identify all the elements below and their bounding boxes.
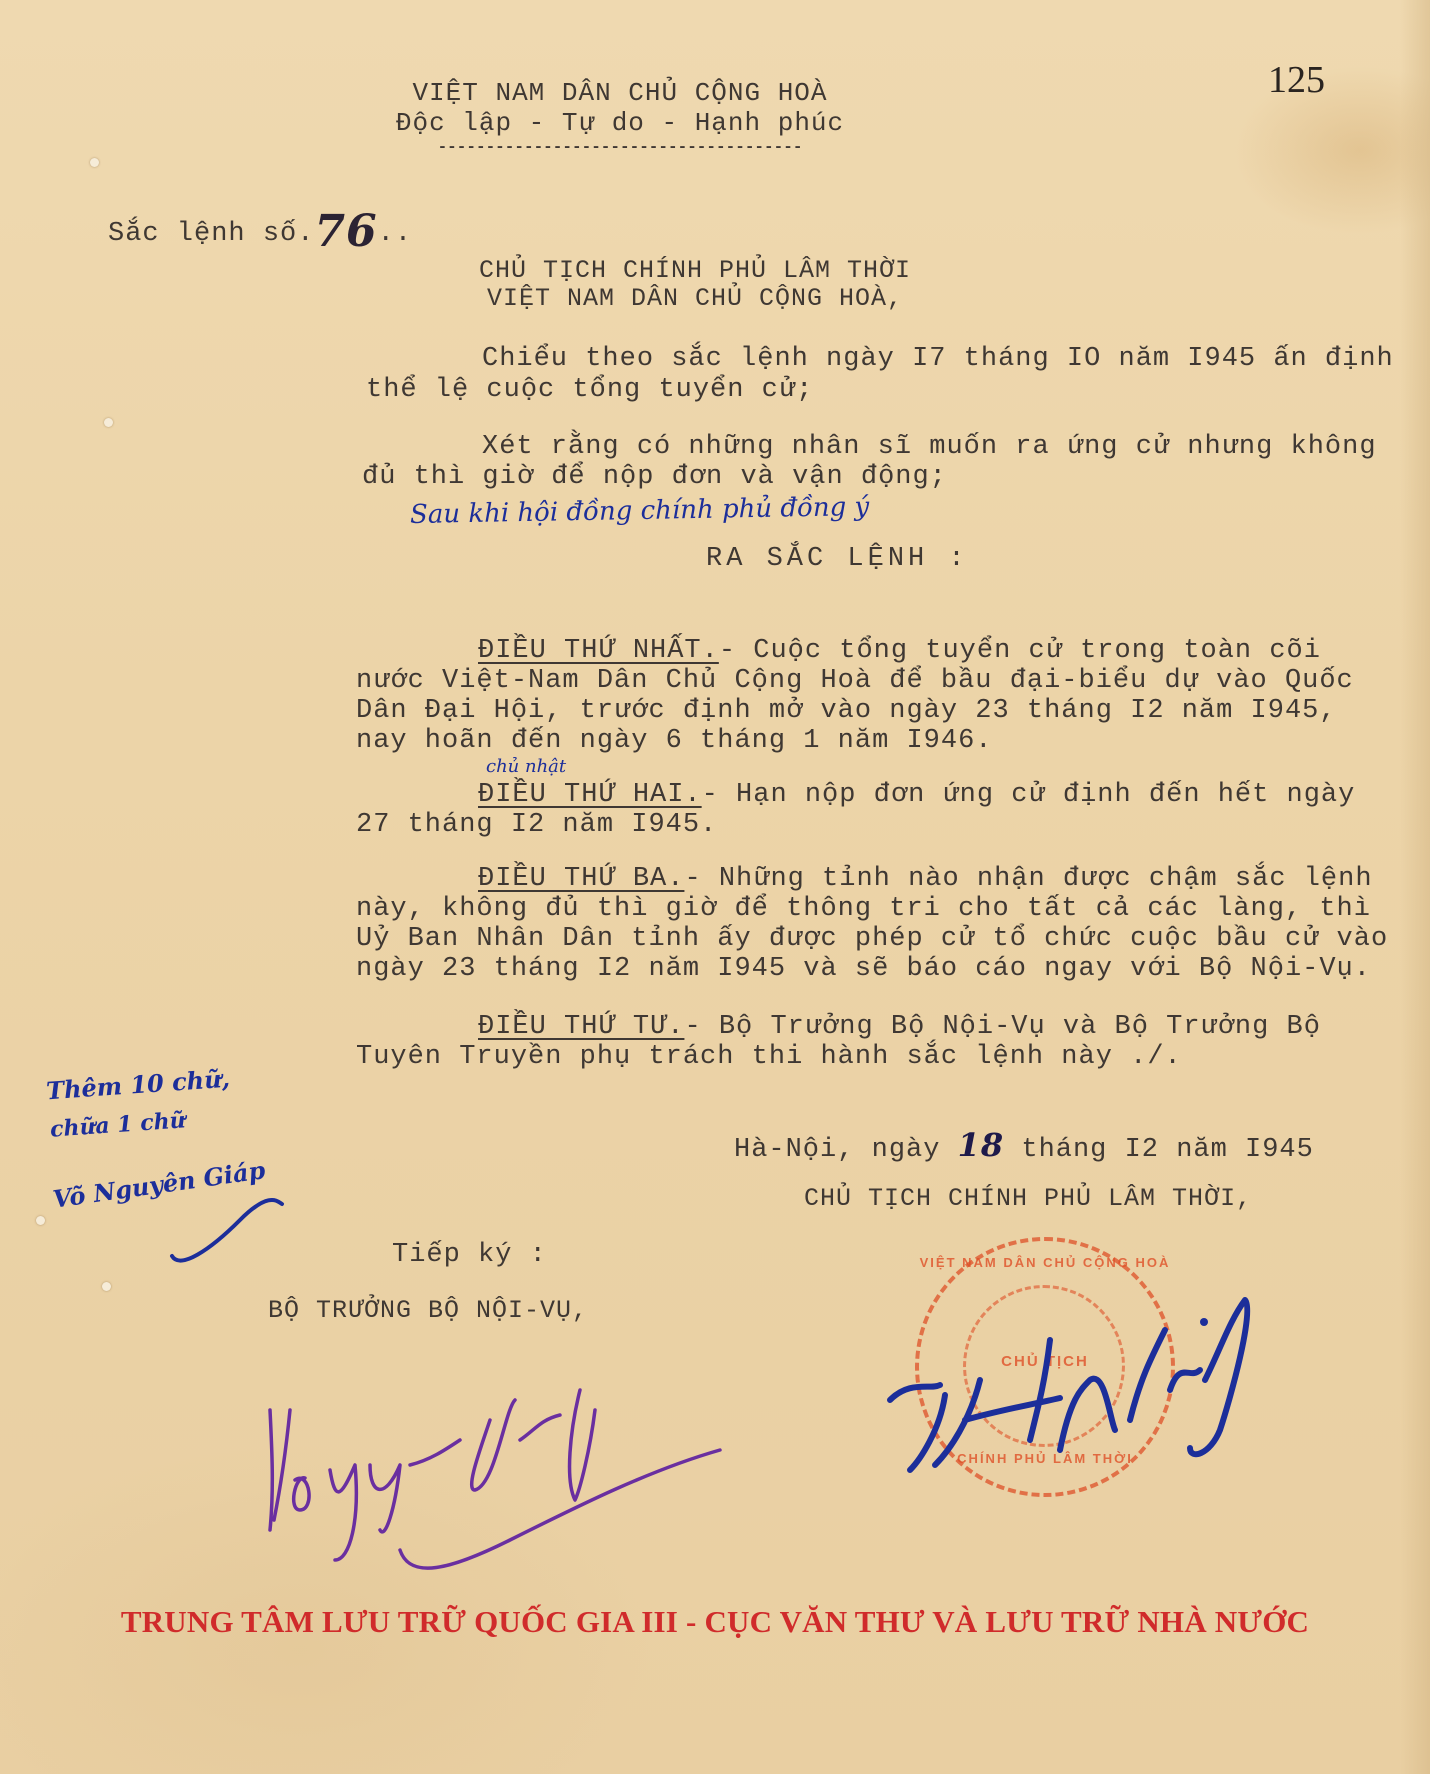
margin-note-line-1: Thêm 10 chữ, bbox=[45, 1064, 231, 1106]
margin-note-flourish bbox=[170, 1190, 290, 1270]
punch-hole bbox=[102, 1282, 111, 1291]
decree-number-handwritten: 76 bbox=[314, 206, 377, 257]
issuer-line-2: VIỆT NAM DÂN CHỦ CỘNG HOÀ, bbox=[0, 284, 1390, 313]
punch-hole bbox=[90, 158, 99, 167]
article-4-line-2: Tuyên Truyền phụ trách thi hành sắc lệnh… bbox=[356, 1042, 1182, 1072]
date-handwritten-day: 18 bbox=[958, 1126, 1005, 1164]
article-1-dash: - bbox=[719, 636, 736, 666]
signatory-title: CHỦ TỊCH CHÍNH PHỦ LÂM THỜI, bbox=[804, 1184, 1252, 1213]
seal-outer-text: VIỆT NAM DÂN CHỦ CỘNG HOÀ bbox=[919, 1255, 1171, 1270]
preamble-para2-line2: đủ thì giờ để nộp đơn và vận động; bbox=[362, 462, 947, 492]
article-4-dash: - bbox=[684, 1012, 701, 1042]
document-page: 125 VIỆT NAM DÂN CHỦ CỘNG HOÀ Độc lập - … bbox=[0, 0, 1430, 1774]
date-prefix: Hà-Nội, ngày bbox=[734, 1135, 940, 1165]
preamble-para1-line1: Chiểu theo sắc lệnh ngày I7 tháng IO năm… bbox=[482, 344, 1394, 374]
margin-note-line-2: chữa 1 chữ bbox=[49, 1107, 186, 1142]
date-suffix: tháng I2 năm I945 bbox=[1021, 1135, 1313, 1165]
article-1-text-1: Cuộc tổng tuyển cử trong toàn cõi bbox=[753, 636, 1321, 666]
article-1-title: ĐIỀU THỨ NHẤT. bbox=[478, 636, 719, 666]
article-3-line-4: ngày 23 tháng I2 năm I945 và sẽ báo cáo … bbox=[356, 954, 1371, 984]
article-2-line-2: 27 tháng I2 năm I945. bbox=[356, 810, 717, 840]
article-2-text-1: Hạn nộp đơn ứng cử định đến hết ngày bbox=[736, 780, 1355, 810]
country-header: VIỆT NAM DÂN CHỦ CỘNG HOÀ bbox=[0, 78, 1240, 108]
president-signature bbox=[870, 1280, 1270, 1480]
article-4-title: ĐIỀU THỨ TƯ. bbox=[478, 1012, 684, 1042]
decree-heading: RA SẮC LỆNH : bbox=[706, 544, 969, 574]
article-2-line-1: ĐIỀU THỨ HAI.- Hạn nộp đơn ứng cử định đ… bbox=[478, 780, 1355, 810]
date-line: Hà-Nội, ngày 18 tháng I2 năm I945 bbox=[734, 1126, 1314, 1165]
article-4-line-1: ĐIỀU THỨ TƯ.- Bộ Trưởng Bộ Nội-Vụ và Bộ … bbox=[478, 1012, 1321, 1042]
decree-number: Sắc lệnh số.76.. bbox=[108, 200, 412, 251]
article-1-line-2: nước Việt-Nam Dân Chủ Cộng Hoà để bầu đạ… bbox=[356, 666, 1354, 696]
article-3-line-1: ĐIỀU THỨ BA.- Những tỉnh nào nhận được c… bbox=[478, 864, 1373, 894]
article-3-text-1: Những tỉnh nào nhận được chậm sắc lệnh bbox=[719, 864, 1373, 894]
page-number: 125 bbox=[1268, 58, 1325, 102]
archive-footer: TRUNG TÂM LƯU TRỮ QUỐC GIA III - CỤC VĂN… bbox=[0, 1604, 1430, 1640]
article-3-title: ĐIỀU THỨ BA. bbox=[478, 864, 684, 894]
article-2-title: ĐIỀU THỨ HAI. bbox=[478, 780, 702, 810]
countersign-title: BỘ TRƯỞNG BỘ NỘI-VỤ, bbox=[268, 1296, 588, 1325]
punch-hole bbox=[36, 1216, 45, 1225]
article-4-text-1: Bộ Trưởng Bộ Nội-Vụ và Bộ Trưởng Bộ bbox=[719, 1012, 1321, 1042]
punch-hole bbox=[104, 418, 113, 427]
article-1-line-1: ĐIỀU THỨ NHẤT.- Cuộc tổng tuyển cử trong… bbox=[478, 636, 1321, 666]
decree-number-trailing: .. bbox=[378, 219, 412, 249]
article-1-line-3: Dân Đại Hội, trước định mở vào ngày 23 t… bbox=[356, 696, 1337, 726]
article-2-dash: - bbox=[702, 780, 719, 810]
article-3-line-2: này, không đủ thì giờ để thông tri cho t… bbox=[356, 894, 1371, 924]
preamble-para2-line1: Xét rằng có những nhân sĩ muốn ra ứng cử… bbox=[482, 432, 1377, 462]
countersign-signature bbox=[260, 1370, 740, 1590]
article-1-line-4: nay hoãn đến ngày 6 tháng 1 năm I946. bbox=[356, 726, 993, 756]
issuer-line-1: CHỦ TỊCH CHÍNH PHỦ LÂM THỜI bbox=[0, 256, 1390, 285]
handwritten-insert-council: Sau khi hội đồng chính phủ đồng ý bbox=[410, 492, 870, 530]
motto: Độc lập - Tự do - Hạnh phúc bbox=[0, 108, 1240, 138]
decree-number-label: Sắc lệnh số. bbox=[108, 219, 314, 249]
article-3-line-3: Uỷ Ban Nhân Dân tỉnh ấy được phép cử tổ … bbox=[356, 924, 1388, 954]
preamble-para1-line2: thể lệ cuộc tổng tuyển cử; bbox=[366, 375, 813, 405]
article-3-dash: - bbox=[684, 864, 701, 894]
header-rule: -------------------------------------- bbox=[0, 138, 1240, 156]
countersign-label: Tiếp ký : bbox=[392, 1240, 547, 1270]
handwritten-insert-sunday: chủ nhật bbox=[486, 756, 566, 777]
